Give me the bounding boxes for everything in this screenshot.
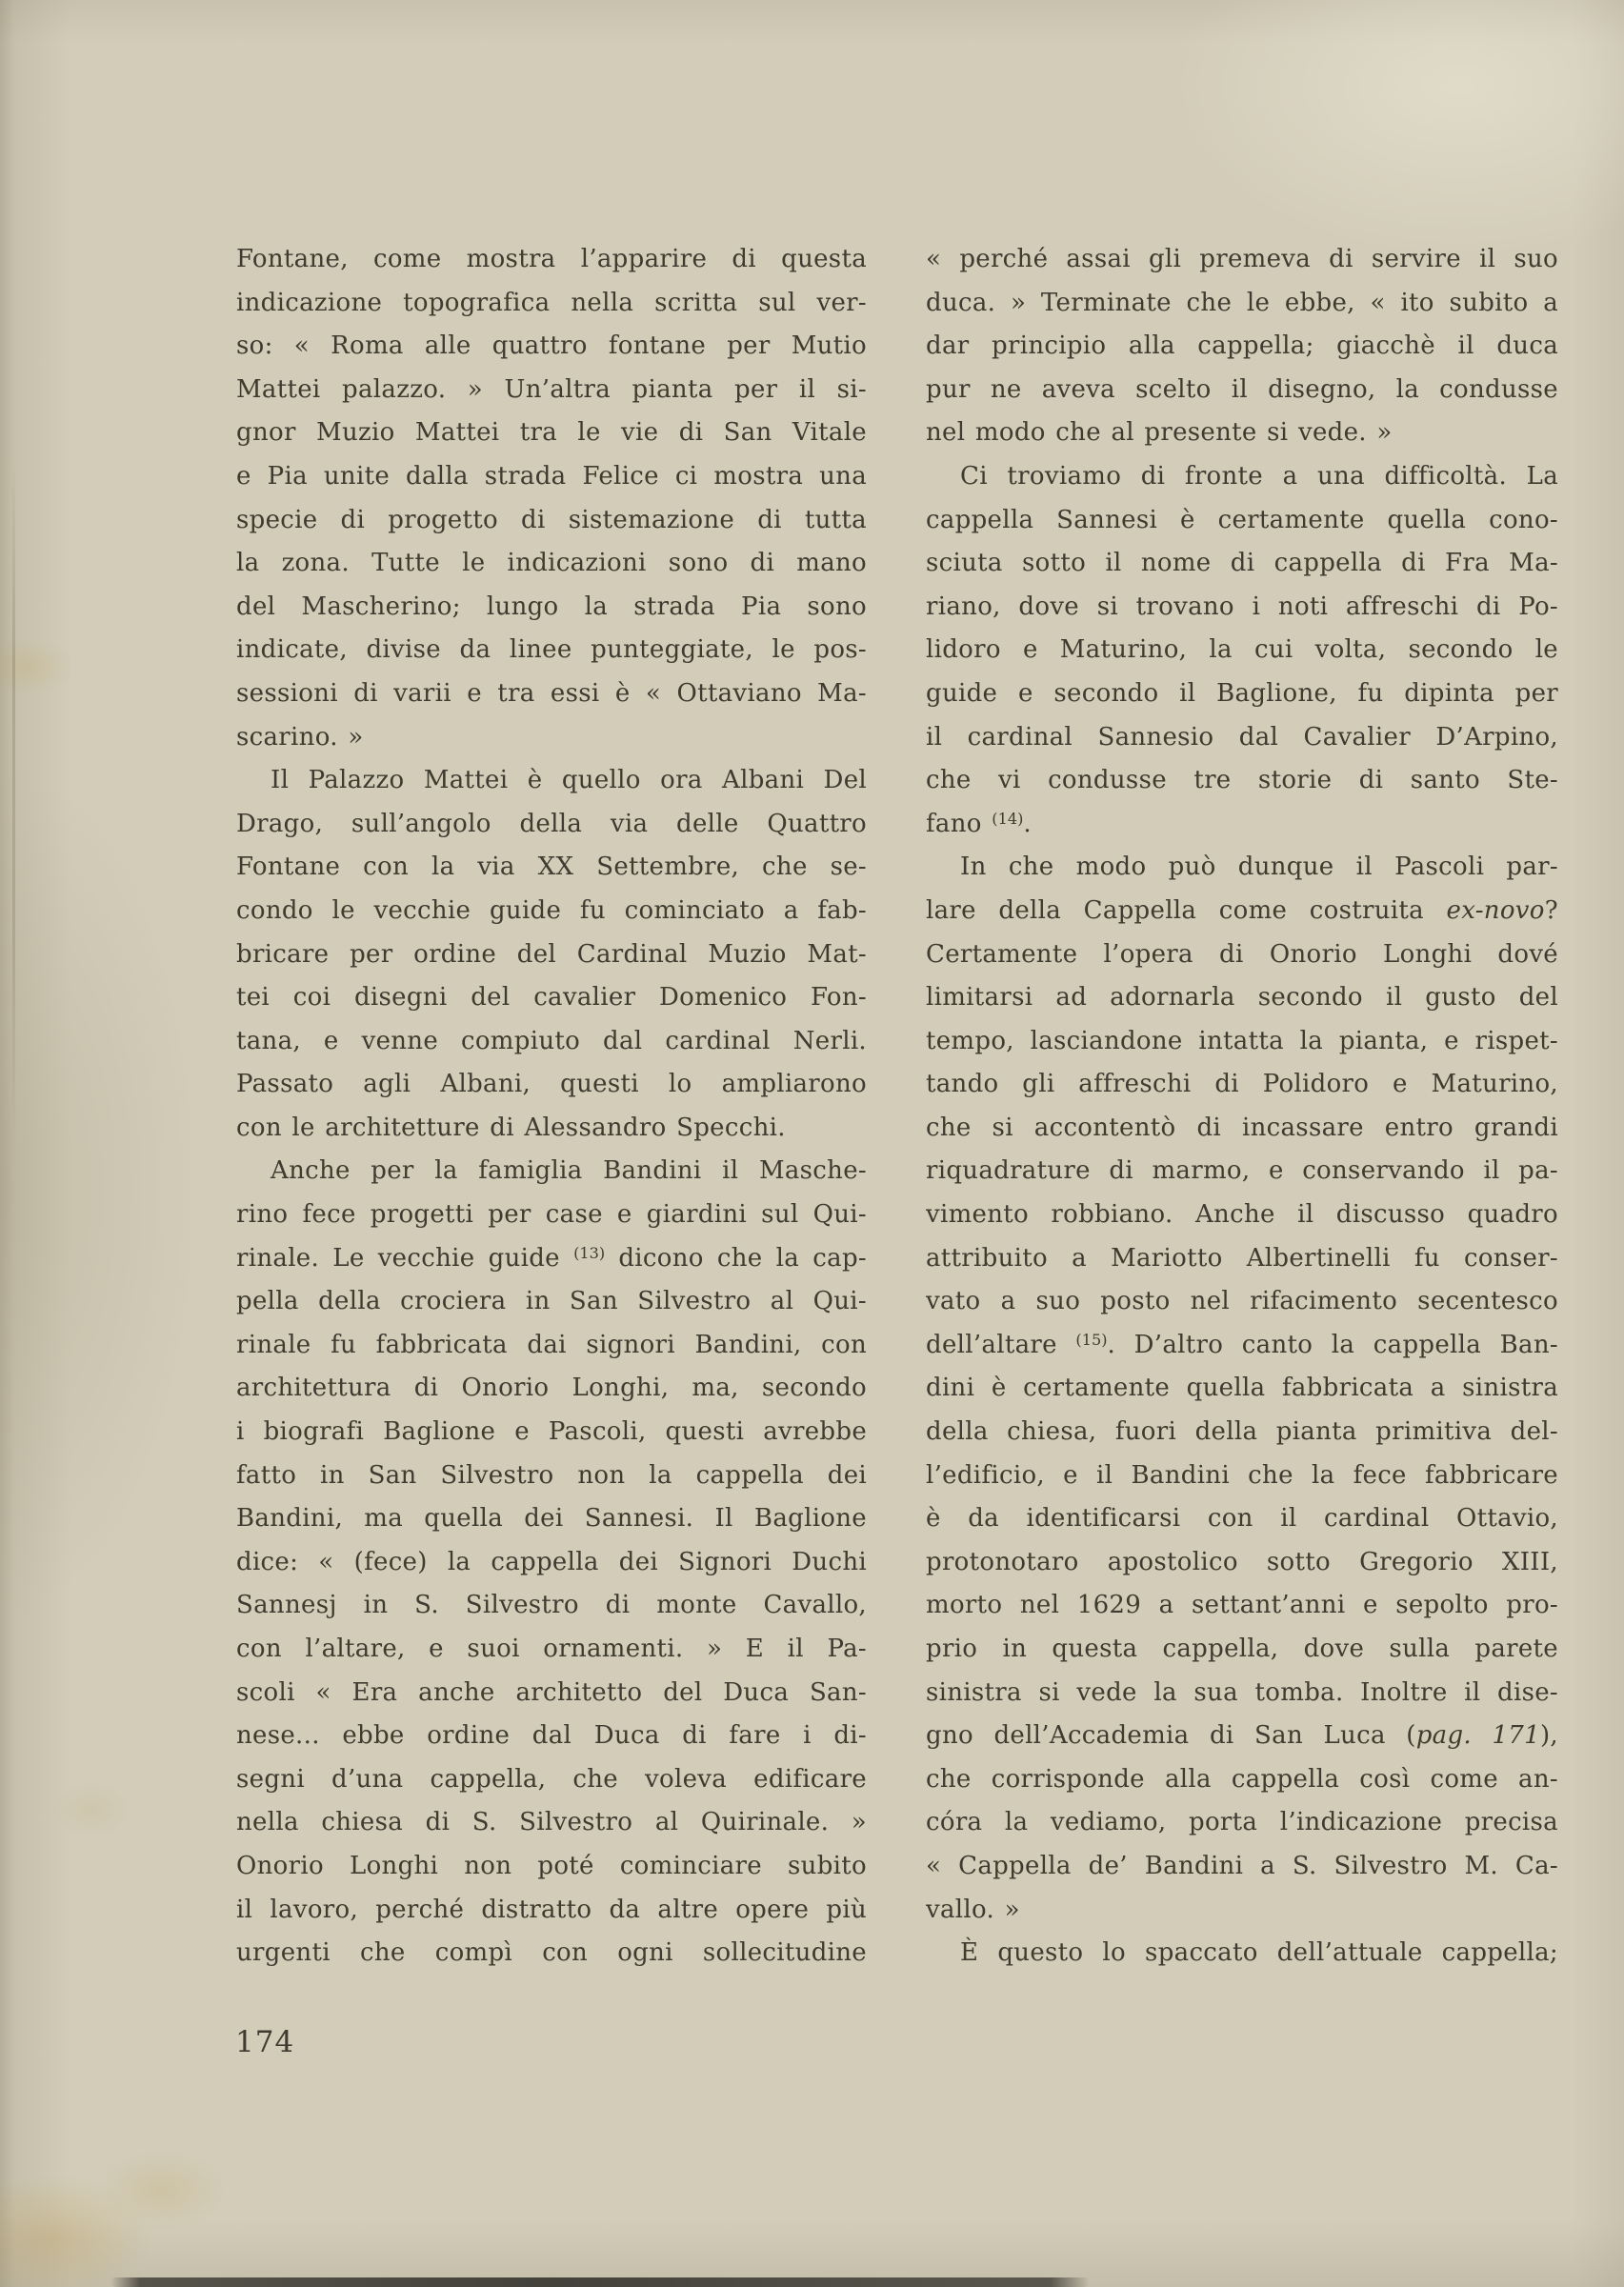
text-column-right: « perché assai gli premeva di servire il… xyxy=(926,238,1558,1976)
text-line: della chiesa, fuori della pianta primiti… xyxy=(926,1411,1558,1454)
text-line: pella della crociera in San Silvestro al… xyxy=(236,1280,867,1324)
text-line: rino fece progetti per case e giardini s… xyxy=(236,1194,867,1237)
text-line: i biografi Baglione e Pascoli, questi av… xyxy=(236,1411,867,1454)
footnote-reference: (15) xyxy=(1075,1331,1107,1349)
text-line: scoli « Era anche architetto del Duca Sa… xyxy=(236,1672,867,1715)
text-line: « perché assai gli premeva di servire il… xyxy=(926,238,1558,282)
footnote-reference: (13) xyxy=(573,1244,605,1262)
text-line: Passato agli Albani, questi lo ampliaron… xyxy=(236,1063,867,1107)
text-line: nella chiesa di S. Silvestro al Quirinal… xyxy=(236,1801,867,1845)
text-line: tana, e venne compiuto dal cardinal Nerl… xyxy=(236,1020,867,1064)
text-line: architettura di Onorio Longhi, ma, secon… xyxy=(236,1367,867,1411)
text-line: sessioni di varii e tra essi è « Ottavia… xyxy=(236,672,867,716)
text-line: Bandini, ma quella dei Sannesi. Il Bagli… xyxy=(236,1497,867,1541)
text-line: fatto in San Silvestro non la cappella d… xyxy=(236,1454,867,1498)
text-line: lare della Cappella come costruita ex-no… xyxy=(926,890,1558,933)
text-line: « Cappella de’ Bandini a S. Silvestro M.… xyxy=(926,1845,1558,1889)
text-line: Fontane, come mostra l’apparire di quest… xyxy=(236,238,867,282)
text-line: nese... ebbe ordine dal Duca di fare i d… xyxy=(236,1715,867,1758)
text-line: córa la vediamo, porta l’indicazione pre… xyxy=(926,1801,1558,1845)
text-line: rinale fu fabbricata dai signori Bandini… xyxy=(236,1324,867,1368)
scan-edge-artifact xyxy=(110,2277,1090,2287)
text-line: indicazione topografica nella scritta su… xyxy=(236,282,867,326)
page-number: 174 xyxy=(235,2025,294,2059)
text-line: sciuta sotto il nome di cappella di Fra … xyxy=(926,542,1558,586)
paper-crease xyxy=(12,457,15,1143)
text-line: pur ne aveva scelto il disegno, la condu… xyxy=(926,369,1558,412)
text-line: con l’altare, e suoi ornamenti. » E il P… xyxy=(236,1628,867,1672)
text-line: duca. » Terminate che le ebbe, « ito sub… xyxy=(926,282,1558,326)
text-line: prio in questa cappella, dove sulla pare… xyxy=(926,1628,1558,1672)
text-line: che vi condusse tre storie di santo Ste- xyxy=(926,759,1558,803)
text-line: e Pia unite dalla strada Felice ci mostr… xyxy=(236,455,867,499)
text-line: dell’altare (15). D’altro canto la cappe… xyxy=(926,1324,1558,1368)
text-line: rinale. Le vecchie guide (13) dicono che… xyxy=(236,1237,867,1281)
text-line: Sannesj in S. Silvestro di monte Cavallo… xyxy=(236,1584,867,1628)
text-line: l’edificio, e il Bandini che la fece fab… xyxy=(926,1454,1558,1498)
text-line: Ci troviamo di fronte a una difficoltà. … xyxy=(926,455,1558,499)
text-line: il cardinal Sannesio dal Cavalier D’Arpi… xyxy=(926,716,1558,760)
italic-text: pag. 171 xyxy=(1416,1721,1540,1750)
text-line: lidoro e Maturino, la cui volta, secondo… xyxy=(926,629,1558,672)
text-line: tei coi disegni del cavalier Domenico Fo… xyxy=(236,976,867,1020)
text-line: Anche per la famiglia Bandini il Masche- xyxy=(236,1150,867,1194)
text-line: Certamente l’opera di Onorio Longhi dové xyxy=(926,933,1558,977)
text-line: attribuito a Mariotto Albertinelli fu co… xyxy=(926,1237,1558,1281)
text-line: condo le vecchie guide fu cominciato a f… xyxy=(236,890,867,933)
text-line: Drago, sull’angolo della via delle Quatt… xyxy=(236,803,867,847)
text-line: fano (14). xyxy=(926,803,1558,847)
text-line: riano, dove si trovano i noti affreschi … xyxy=(926,586,1558,630)
text-line: segni d’una cappella, che voleva edifica… xyxy=(236,1758,867,1802)
text-line: specie di progetto di sistemazione di tu… xyxy=(236,499,867,543)
text-line: guide e secondo il Baglione, fu dipinta … xyxy=(926,672,1558,716)
text-line: tempo, lasciandone intatta la pianta, e … xyxy=(926,1020,1558,1064)
text-line: dar principio alla cappella; giacchè il … xyxy=(926,325,1558,369)
text-line: dice: « (fece) la cappella dei Signori D… xyxy=(236,1541,867,1585)
footnote-reference: (14) xyxy=(992,810,1023,828)
text-line: tando gli affreschi di Polidoro e Maturi… xyxy=(926,1063,1558,1107)
text-column-left: Fontane, come mostra l’apparire di quest… xyxy=(236,238,867,1976)
text-line: sinistra si vede la sua tomba. Inoltre i… xyxy=(926,1672,1558,1715)
text-line: Mattei palazzo. » Un’altra pianta per il… xyxy=(236,369,867,412)
text-line: dini è certamente quella fabbricata a si… xyxy=(926,1367,1558,1411)
text-line: il lavoro, perché distratto da altre ope… xyxy=(236,1889,867,1933)
text-line: nel modo che al presente si vede. » xyxy=(926,411,1558,455)
text-line: la zona. Tutte le indicazioni sono di ma… xyxy=(236,542,867,586)
text-line: morto nel 1629 a settant’anni e sepolto … xyxy=(926,1584,1558,1628)
book-page: Fontane, come mostra l’apparire di quest… xyxy=(0,0,1624,2287)
text-line: In che modo può dunque il Pascoli par- xyxy=(926,846,1558,890)
text-line: Il Palazzo Mattei è quello ora Albani De… xyxy=(236,759,867,803)
text-line: Fontane con la via XX Settembre, che se- xyxy=(236,846,867,890)
italic-text: ex-novo xyxy=(1447,896,1545,925)
text-line: cappella Sannesi è certamente quella con… xyxy=(926,499,1558,543)
text-line: riquadrature di marmo, e conservando il … xyxy=(926,1150,1558,1194)
text-line: è da identificarsi con il cardinal Ottav… xyxy=(926,1497,1558,1541)
text-line: vato a suo posto nel rifacimento secente… xyxy=(926,1280,1558,1324)
text-line: urgenti che compì con ogni sollecitudine xyxy=(236,1932,867,1976)
text-line: vimento robbiano. Anche il discusso quad… xyxy=(926,1194,1558,1237)
text-line: gno dell’Accademia di San Luca (pag. 171… xyxy=(926,1715,1558,1758)
text-line: protonotaro apostolico sotto Gregorio XI… xyxy=(926,1541,1558,1585)
text-line: gnor Muzio Mattei tra le vie di San Vita… xyxy=(236,411,867,455)
text-line: che corrisponde alla cappella così come … xyxy=(926,1758,1558,1802)
text-line: vallo. » xyxy=(926,1889,1558,1933)
text-line: scarino. » xyxy=(236,716,867,760)
text-line: indicate, divise da linee punteggiate, l… xyxy=(236,629,867,672)
text-line: del Mascherino; lungo la strada Pia sono xyxy=(236,586,867,630)
text-line: con le architetture di Alessandro Specch… xyxy=(236,1107,867,1151)
text-line: bricare per ordine del Cardinal Muzio Ma… xyxy=(236,933,867,977)
text-line: È questo lo spaccato dell’attuale cappel… xyxy=(926,1932,1558,1976)
text-line: Onorio Longhi non poté cominciare subito xyxy=(236,1845,867,1889)
text-line: so: « Roma alle quattro fontane per Muti… xyxy=(236,325,867,369)
text-line: limitarsi ad adornarla secondo il gusto … xyxy=(926,976,1558,1020)
text-line: che si accontentò di incassare entro gra… xyxy=(926,1107,1558,1151)
